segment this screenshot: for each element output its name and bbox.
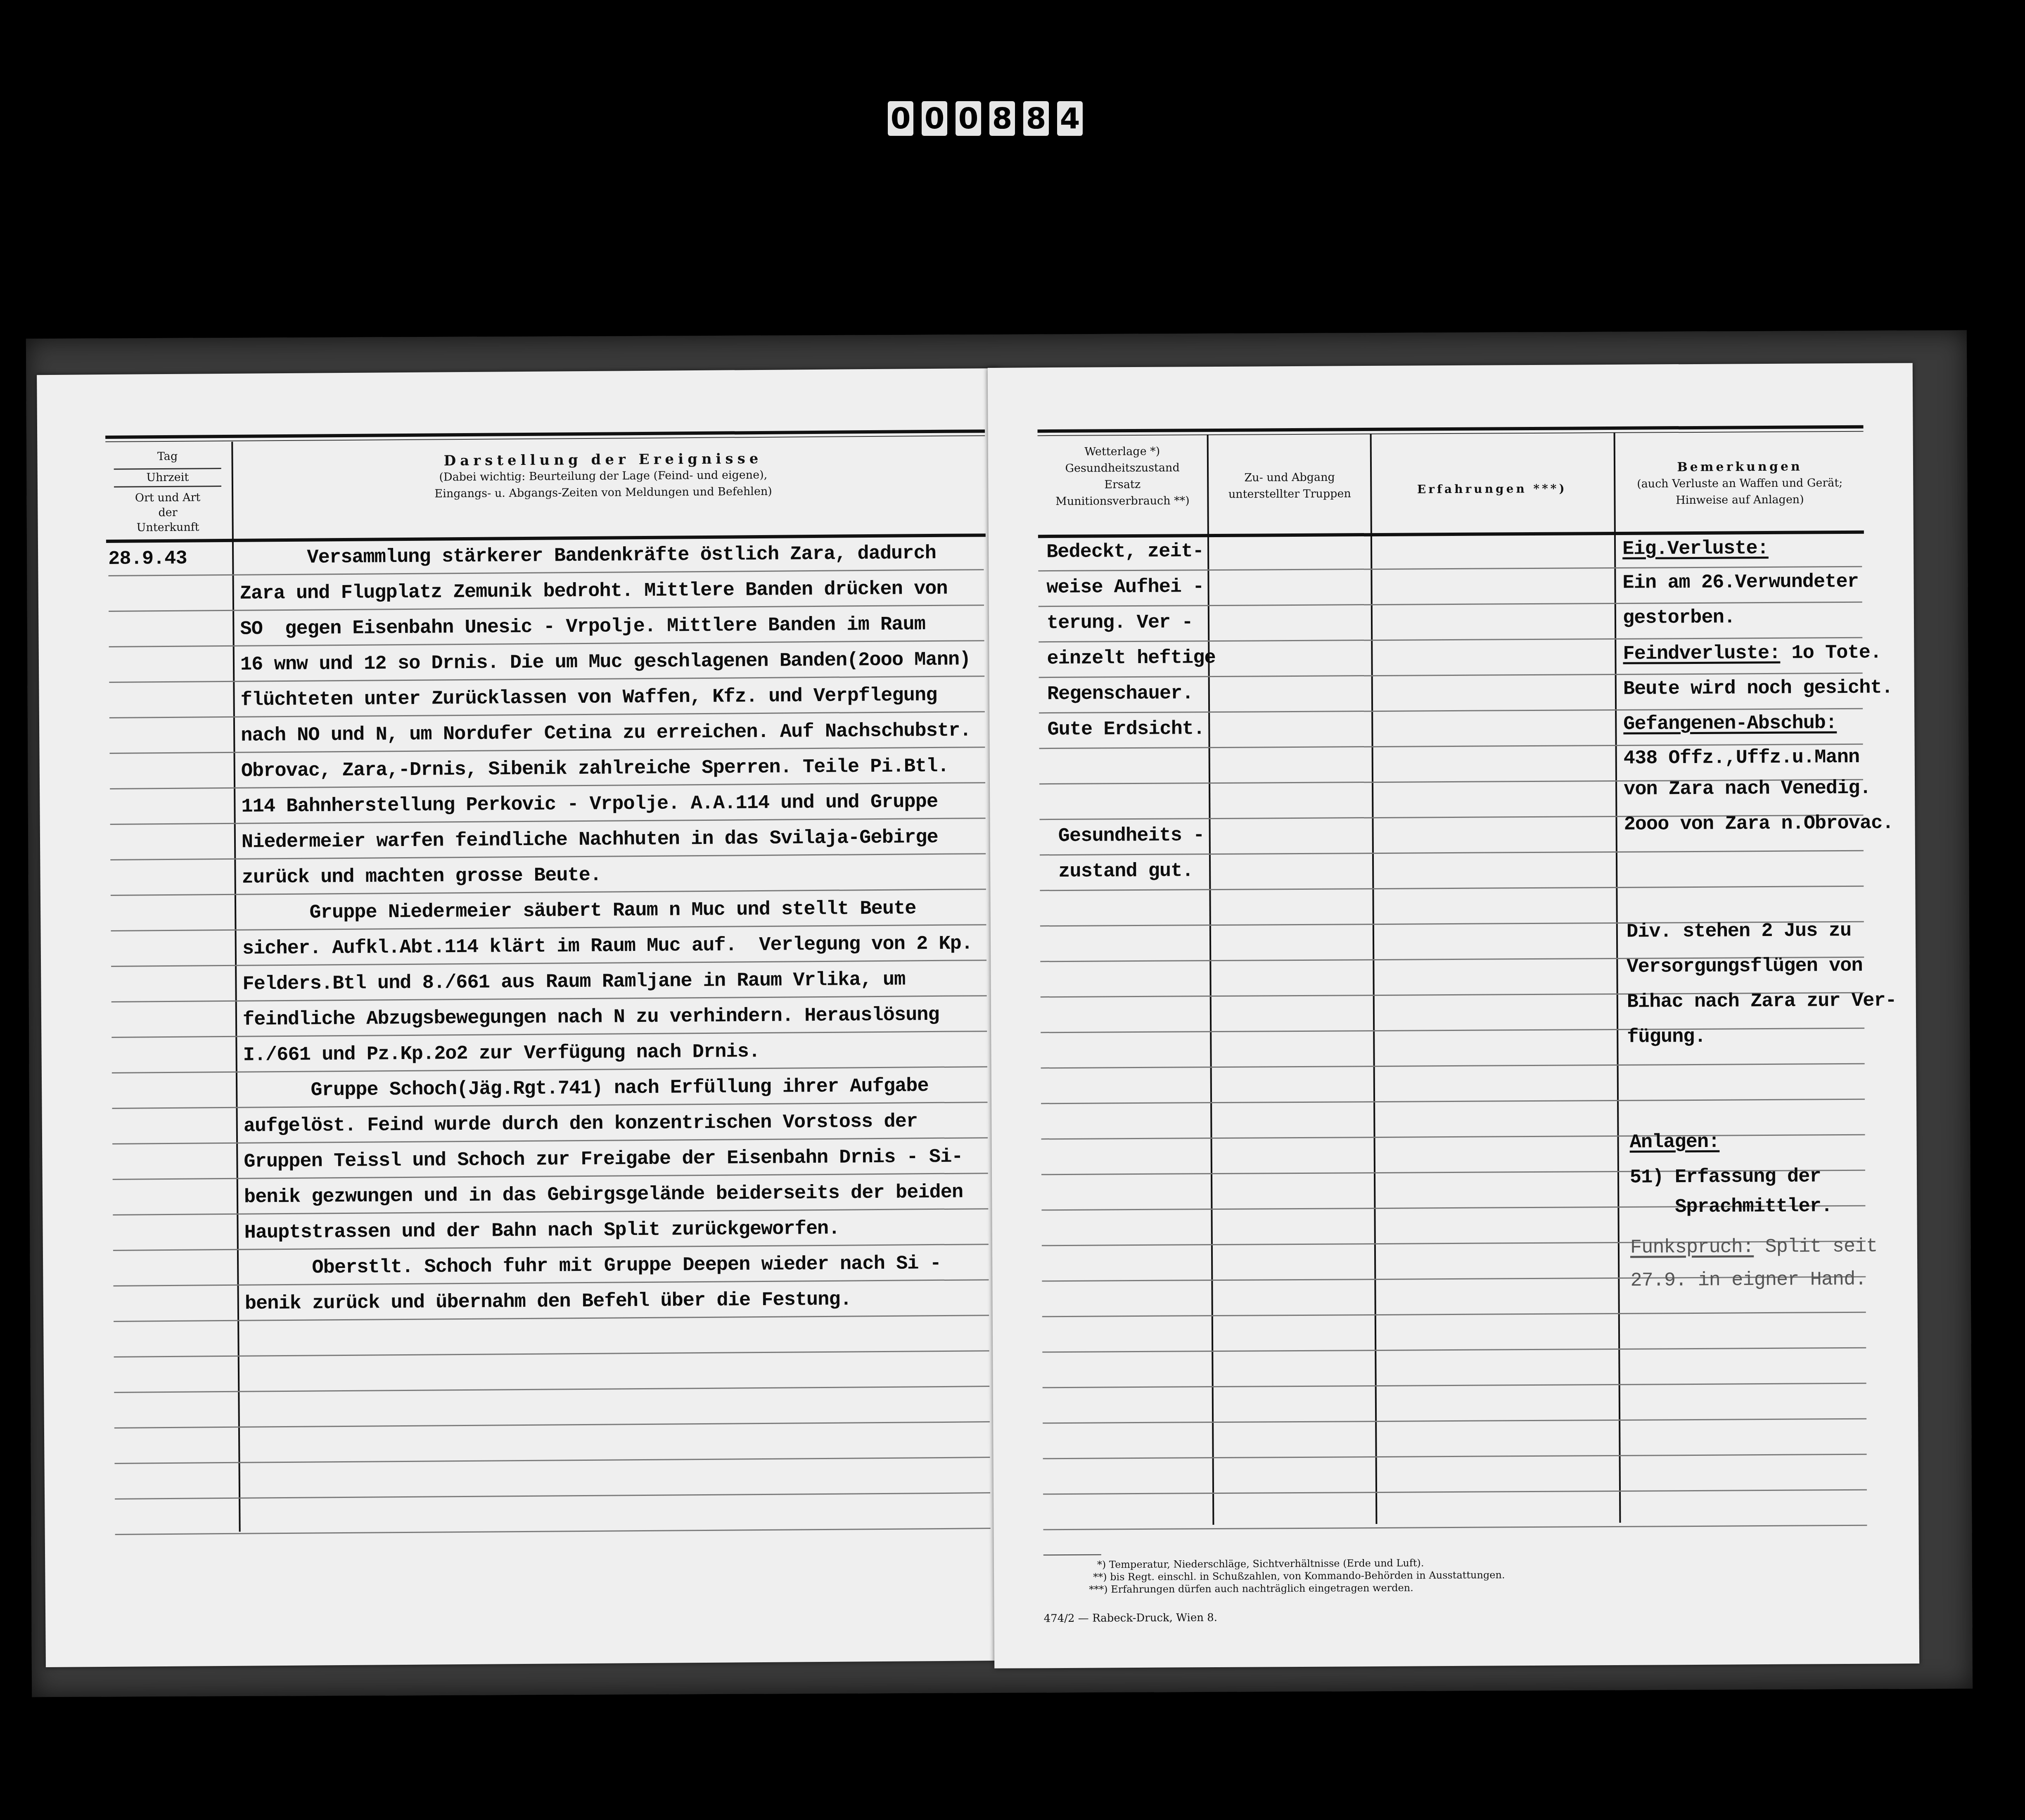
header-replacement: Ersatz bbox=[1038, 476, 1207, 493]
ruled-line bbox=[1040, 886, 1864, 891]
counter-digit: 8 bbox=[1023, 101, 1049, 136]
footnote: **) bis Regt. einschl. in Schußzahlen, v… bbox=[1093, 1569, 1505, 1583]
event-line: flüchteten unter Zurücklassen von Waffen… bbox=[240, 683, 937, 713]
division-line: fügung. bbox=[1627, 1025, 1706, 1050]
ruled-line bbox=[114, 1386, 989, 1393]
event-line: Zara und Flugplatz Zemunik bedroht. Mitt… bbox=[240, 577, 948, 607]
header-remarks-title: Bemerkungen bbox=[1616, 458, 1864, 476]
event-line: Versammlung stärkerer Bandenkräfte östli… bbox=[239, 541, 936, 571]
troops-column-divider bbox=[1370, 434, 1378, 1524]
division-line: Div. stehen 2 Jus zu bbox=[1627, 919, 1851, 945]
column-header-remarks: Bemerkungen (auch Verluste an Waffen und… bbox=[1616, 458, 1864, 509]
ruled-line bbox=[1041, 1134, 1865, 1140]
enemy-losses-label: Feindverluste: bbox=[1623, 642, 1780, 665]
header-weather: Wetterlage *) bbox=[1038, 443, 1207, 460]
footnote: ***) Erfahrungen dürfen auch nachträglic… bbox=[1089, 1582, 1413, 1596]
event-line: benik zurück und übernahm den Befehl übe… bbox=[245, 1287, 851, 1316]
ruled-line bbox=[1043, 1525, 1867, 1530]
enemy-losses-value: 1o Tote. bbox=[1780, 642, 1881, 664]
header-tag: Tag bbox=[105, 448, 229, 465]
event-line: Oberstlt. Schoch fuhr mit Gruppe Deepen … bbox=[244, 1251, 941, 1281]
ruled-line bbox=[1043, 1454, 1867, 1459]
ruled-line bbox=[115, 1528, 991, 1535]
radio-message: Funkspruch: Split seit bbox=[1630, 1235, 1878, 1261]
event-line: Niedermeier warfen feindliche Nachhuten … bbox=[242, 825, 938, 855]
event-line: nach NO und N, um Nordufer Cetina zu err… bbox=[241, 718, 971, 748]
header-health: Gesundheitszustand bbox=[1038, 460, 1207, 477]
event-line: feindliche Abzugsbewegungen nach N zu ve… bbox=[243, 1003, 939, 1033]
event-line: 16 wnw und 12 so Drnis. Die um Muc gesch… bbox=[240, 647, 971, 677]
counter-digit: 0 bbox=[888, 101, 913, 136]
ruled-line bbox=[1043, 1418, 1866, 1424]
ruled-line bbox=[114, 1350, 989, 1358]
prisoners-line: von Zara nach Venedig. bbox=[1624, 776, 1871, 802]
event-line: Felders.Btl und 8./661 aus Raum Ramljane… bbox=[242, 968, 905, 997]
booty-line: Beute wird noch gesicht. bbox=[1623, 675, 1893, 701]
column-header-events: Darstellung der Ereignisse (Dabei wichti… bbox=[252, 449, 954, 504]
health-line: zustand gut. bbox=[1058, 859, 1193, 884]
event-line: zurück und machten grosse Beute. bbox=[242, 863, 601, 891]
left-page: Tag Uhrzeit Ort und Art der Unterkunft D… bbox=[37, 368, 1008, 1667]
radio-label: Funkspruch: bbox=[1630, 1236, 1754, 1259]
weather-line: Regenschauer. bbox=[1047, 681, 1193, 707]
header-top-rule bbox=[105, 429, 985, 439]
header-uhrzeit: Uhrzeit bbox=[114, 468, 221, 488]
event-line: sicher. Aufkl.Abt.114 klärt im Raum Muc … bbox=[242, 931, 973, 961]
column-header-weather: Wetterlage *) Gesundheitszustand Ersatz … bbox=[1038, 443, 1207, 510]
header-ammunition: Munitionsverbrauch **) bbox=[1038, 493, 1207, 510]
event-line: Hauptstrassen und der Bahn nach Split zu… bbox=[244, 1217, 839, 1246]
enemy-losses: Feindverluste: 1o Tote. bbox=[1623, 641, 1881, 667]
column-header-experience: Erfahrungen ***) bbox=[1372, 480, 1612, 498]
own-losses-line: Ein am 26.Verwundeter bbox=[1622, 570, 1859, 596]
prisoners-line: 438 Offz.,Uffz.u.Mann bbox=[1624, 745, 1860, 771]
weather-line: Bedeckt, zeit- bbox=[1046, 539, 1204, 565]
counter-digit: 4 bbox=[1057, 101, 1083, 136]
ruled-line bbox=[1041, 1028, 1864, 1033]
radio-line-2: 27.9. in eigner Hand. bbox=[1630, 1268, 1866, 1294]
header-troops-2: unterstellter Truppen bbox=[1211, 486, 1368, 503]
division-line: Bihac nach Zara zur Ver- bbox=[1627, 988, 1897, 1014]
ruled-line bbox=[1041, 1099, 1865, 1104]
counter-digit: 0 bbox=[956, 101, 981, 136]
ruled-line bbox=[114, 1421, 990, 1429]
attachment-line: Sprachmittler. bbox=[1630, 1194, 1832, 1220]
weather-line: weise Aufhei - bbox=[1046, 575, 1204, 600]
ruled-line bbox=[115, 1492, 990, 1500]
ruled-line bbox=[1041, 1063, 1865, 1069]
ruled-line bbox=[1039, 602, 1862, 607]
header-remarks-sub1: (auch Verluste an Waffen und Gerät; bbox=[1616, 475, 1864, 493]
division-line: Versorgungsflügen von bbox=[1627, 954, 1863, 980]
column-header-date: Tag Uhrzeit Ort und Art der Unterkunft bbox=[105, 448, 230, 536]
footnote: *) Temperatur, Niederschläge, Sichtverhä… bbox=[1097, 1557, 1424, 1571]
frame-number-counter: 0 0 0 8 8 4 bbox=[888, 101, 1083, 136]
ruled-line bbox=[1042, 1312, 1866, 1317]
header-ort: Ort und Art der Unterkunft bbox=[135, 490, 201, 535]
header-troops-1: Zu- und Abgang bbox=[1211, 469, 1368, 486]
event-line: SO gegen Eisenbahn Unesic - Vrpolje. Mit… bbox=[240, 612, 925, 642]
ruled-line bbox=[115, 1457, 990, 1464]
event-line: aufgelöst. Feind wurde durch den konzent… bbox=[244, 1109, 918, 1139]
prisoners-label: Gefangenen-Abschub: bbox=[1623, 711, 1837, 737]
health-line: Gesundheits - bbox=[1058, 823, 1205, 849]
counter-digit: 8 bbox=[989, 101, 1015, 136]
entry-date: 28.9.43 bbox=[108, 547, 187, 572]
radio-value: Split seit bbox=[1754, 1236, 1878, 1258]
header-remarks-sub2: Hinweise auf Anlagen) bbox=[1616, 491, 1864, 509]
printer-imprint: 474/2 — Rabeck-Druck, Wien 8. bbox=[1044, 1611, 1218, 1625]
attachment-line: 51) Erfassung der bbox=[1630, 1164, 1821, 1190]
weather-line: Gute Erdsicht. bbox=[1047, 717, 1205, 742]
ruled-line bbox=[1043, 1489, 1867, 1495]
date-column-divider bbox=[231, 442, 240, 1532]
own-losses-label: Eig.Verluste: bbox=[1622, 536, 1769, 562]
counter-digit: 0 bbox=[922, 101, 947, 136]
ruled-line bbox=[1043, 1383, 1866, 1388]
event-line: Gruppen Teissl und Schoch zur Freigabe d… bbox=[244, 1145, 963, 1175]
own-losses-line: gestorben. bbox=[1623, 605, 1735, 630]
prisoners-line: 2ooo von Zara n.Obrovac. bbox=[1624, 811, 1893, 837]
ruled-line bbox=[1042, 1347, 1866, 1353]
right-page: Wetterlage *) Gesundheitszustand Ersatz … bbox=[988, 363, 1919, 1668]
event-line: I./661 und Pz.Kp.2o2 zur Verfügung nach … bbox=[243, 1040, 760, 1068]
event-line: Gruppe Schoch(Jäg.Rgt.741) nach Erfüllun… bbox=[243, 1074, 929, 1104]
footnote-rule bbox=[1043, 1554, 1101, 1555]
event-line: Gruppe Niedermeier säubert Raum n Muc un… bbox=[242, 896, 916, 926]
weather-column-divider bbox=[1207, 435, 1214, 1525]
column-header-troops: Zu- und Abgang unterstellter Truppen bbox=[1211, 469, 1368, 503]
ruled-line bbox=[1040, 850, 1864, 855]
header-experience: Erfahrungen ***) bbox=[1372, 480, 1612, 498]
event-line: Obrovac, Zara,-Drnis, Sibenik zahlreiche… bbox=[241, 754, 949, 784]
event-line: 114 Bahnherstellung Perkovic - Vrpolje. … bbox=[241, 790, 938, 820]
weather-line: terung. Ver - bbox=[1047, 610, 1193, 636]
weather-line: einzelt heftige bbox=[1047, 646, 1215, 671]
event-line: benik gezwungen und in das Gebirgsgeländ… bbox=[244, 1180, 963, 1210]
attachments-label: Anlagen: bbox=[1629, 1130, 1719, 1155]
experience-column-divider bbox=[1614, 433, 1621, 1523]
